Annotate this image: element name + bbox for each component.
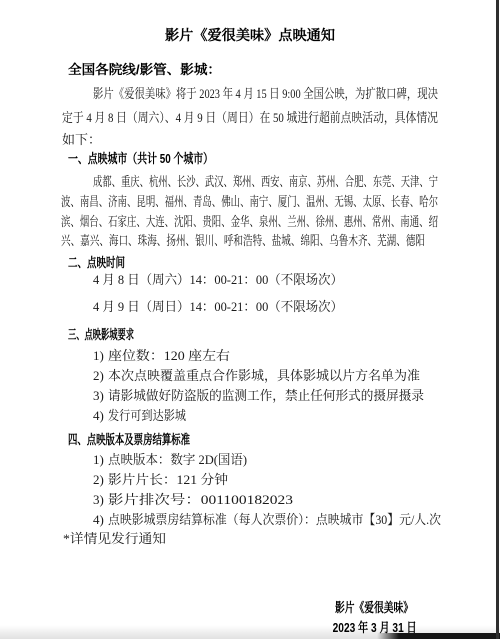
- section-1-heading: 一、点映城市（共计 50 个城市）: [68, 151, 259, 167]
- requirement-item-2: 2)本次点映覆盖重点合作影城，具体影城以片方名单为准: [93, 368, 420, 384]
- time-line-2: 4 月 9 日（周日）14：00-21：00（不限场次）: [93, 299, 354, 315]
- section-3-heading: 三、点映影城要求: [68, 327, 172, 343]
- requirement-item-1: 1)座位数：120 座左右: [93, 348, 222, 364]
- scan-bottom-edge: [377, 633, 500, 639]
- requirement-item-3: 3)请影城做好防盗版的监测工作，禁止任何形式的摄屏摄录: [93, 388, 433, 404]
- section-4-heading: 四、点映版本及票房结算标准: [68, 432, 237, 448]
- item-number: 4): [93, 408, 108, 424]
- footnote: *详情见发行通知: [63, 531, 161, 547]
- item-text: 点映版本：数字 2D(国语): [108, 452, 247, 468]
- item-text: 本次点映覆盖重点合作影城，具体影城以片方名单为准: [108, 368, 420, 384]
- item-text: 发行可到达影城: [108, 408, 186, 424]
- section-2-heading: 二、点映时间: [68, 255, 146, 271]
- item-number: 3): [93, 388, 108, 404]
- intro-line-1: 影片《爱很美味》将于 2023 年 4 月 15 日 9:00 全国公映，为扩散…: [93, 86, 500, 102]
- document-title: 影片《爱很美味》点映通知: [0, 27, 500, 43]
- salutation-text: 全国各院线/影管、影城：: [68, 62, 221, 78]
- item-text: 请影城做好防盗版的监测工作，禁止任何形式的摄屏摄录: [108, 388, 424, 404]
- time-line-1: 4 月 8 日（周六）14：00-21：00（不限场次）: [93, 272, 354, 288]
- version-item-4: 4)点映影城票房结算标准（每人次票价）：点映城市【30】元/人.次: [93, 512, 472, 528]
- scan-right-edge-line: [496, 0, 499, 639]
- item-text: 影片排次号：001100182023: [108, 492, 293, 508]
- cities-line-3: 滨、烟台、石家庄、大连、沈阳、贵阳、金华、泉州、兰州、徐州、惠州、常州、南通、绍: [61, 214, 500, 230]
- intro-line-2: 定于 4 月 8 日（周六）、4 月 9 日（周日）在 50 城进行超前点映活动…: [62, 110, 500, 126]
- cities-line-1: 成都、重庆、杭州、长沙、武汉、郑州、西安、南京、苏州、合肥、东莞、天津、宁: [93, 174, 500, 190]
- item-text: 座位数：120 座左右: [108, 348, 230, 364]
- version-item-3: 3)影片排次号：001100182023: [93, 492, 264, 508]
- version-item-1: 1)点映版本：数字 2D(国语): [93, 452, 253, 468]
- item-number: 2): [93, 368, 108, 384]
- intro-line-3: 如下：: [62, 132, 101, 148]
- cities-line-4: 兴、嘉兴、海口、珠海、扬州、银川、呼和浩特、盐城、绵阳、乌鲁木齐、芜湖、德阳: [61, 233, 500, 249]
- item-number: 1): [93, 348, 108, 364]
- document-page: 影片《爱很美味》点映通知 全国各院线/影管、影城： 影片《爱很美味》将于 202…: [0, 0, 500, 639]
- item-text: 点映影城票房结算标准（每人次票价）：点映城市【30】元/人.次: [108, 512, 441, 528]
- salutation: 全国各院线/影管、影城：: [68, 62, 215, 78]
- item-number: 2): [93, 472, 108, 488]
- item-number: 1): [93, 452, 108, 468]
- requirement-item-4: 4)发行可到达影城: [93, 408, 199, 424]
- document-title-text: 影片《爱很美味》点映通知: [165, 27, 335, 43]
- item-number: 3): [93, 492, 108, 508]
- item-number: 4): [93, 512, 108, 528]
- version-item-2: 2)影片片长：121 分钟: [93, 472, 222, 488]
- item-text: 影片片长：121 分钟: [108, 472, 228, 488]
- cities-line-2: 波、南昌、济南、昆明、福州、青岛、佛山、南宁、厦门、温州、无锡、太原、长春、哈尔: [61, 194, 500, 210]
- signature-film-title: 影片《爱很美味》: [309, 600, 413, 616]
